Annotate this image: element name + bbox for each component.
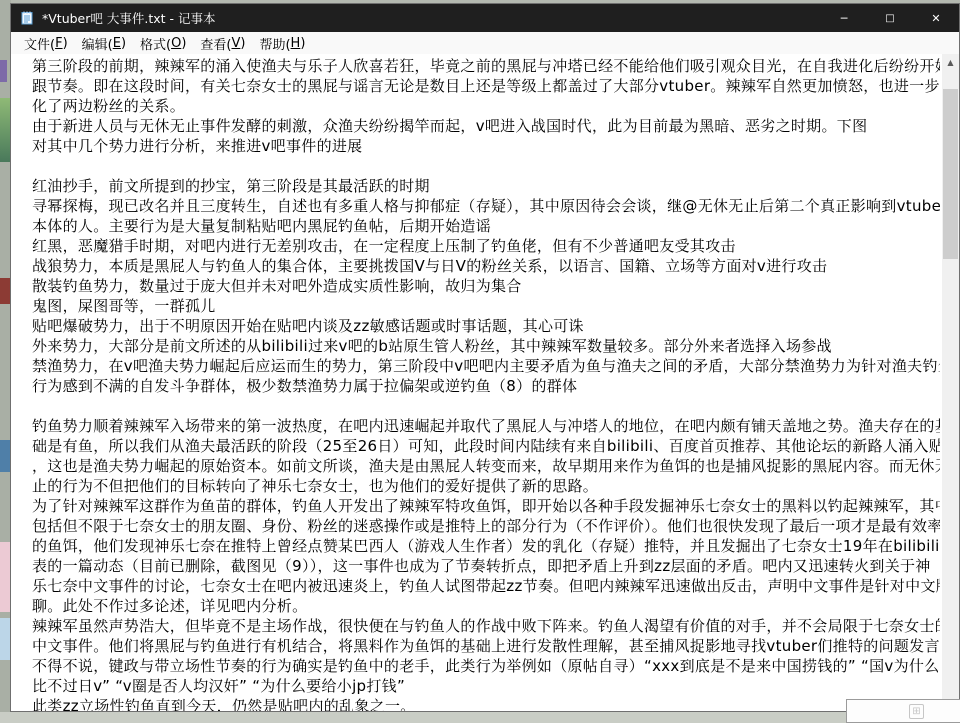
notepad-window: *Vtuber吧 大事件.txt - 记事本 ─ □ ✕ 文件(F)编辑(E)格…: [10, 3, 960, 712]
text-line: 禁渔势力，在v吧渔夫势力崛起后应运而生的势力，第三阶段中v吧吧内主要矛盾为鱼与渔…: [32, 356, 940, 376]
menu-item-label: 编辑(: [82, 34, 113, 53]
close-button[interactable]: ✕: [913, 4, 959, 32]
text-line: 行为感到不满的自发斗争群体，极少数禁渔势力属于拉偏架或逆钓鱼（8）的群体: [32, 376, 940, 396]
text-line: 表的一篇动态（目前已删除，截图见（9）），这一事件也成为了节奏转折点，即把矛盾上…: [32, 556, 940, 576]
desktop-icon-fragment: [0, 60, 7, 82]
desktop-background-bottom: [0, 712, 960, 723]
menu-item-format[interactable]: 格式(O): [133, 32, 193, 54]
menu-item-label: V: [231, 36, 240, 51]
text-line: 本体的人。主要行为是大量复制粘贴吧内黑屁钓鱼帖，后期开始造谣: [32, 216, 940, 236]
text-line: [32, 156, 940, 176]
text-line: 贴吧爆破势力，出于不明原因开始在贴吧内谈及zz敏感话题或时事话题，其心可诛: [32, 316, 940, 336]
notepad-icon: [19, 10, 35, 26]
grid-icon[interactable]: ⊞: [909, 704, 924, 719]
text-line: 中文事件。他们将黑屁与钓鱼进行有机结合，将黑料作为鱼饵的基础上进行发散性理解，甚…: [32, 636, 940, 656]
menu-item-help[interactable]: 帮助(H): [252, 32, 312, 54]
text-line: 由于新进人员与无休无止事件发酵的刺激，众渔夫纷纷揭竿而起，v吧进入战国时代，此为…: [32, 116, 940, 136]
chevron-up-icon: ▲: [947, 58, 953, 67]
maximize-button[interactable]: □: [867, 4, 913, 32]
text-line: 乐七奈中文事件的讨论，七奈女士在吧内被迅速炎上，钓鱼人试图带起zz节奏。但吧内辣…: [32, 576, 940, 596]
window-controls: ─ □ ✕: [821, 4, 959, 32]
menu-item-label: ): [240, 36, 245, 51]
window-title: *Vtuber吧 大事件.txt - 记事本: [42, 9, 216, 27]
text-line: 第三阶段的前期，辣辣军的涌入使渔夫与乐子人欣喜若狂，毕竟之前的黑屁与冲塔已经不能…: [32, 56, 940, 76]
minimize-icon: ─: [841, 12, 848, 25]
vertical-scrollbar[interactable]: ▲ ▼: [942, 54, 959, 711]
text-line: 战狼势力，本质是黑屁人与钓鱼人的集合体，主要挑拨国V与日V的粉丝关系，以语言、国…: [32, 256, 940, 276]
text-line: 散装钓鱼势力，数量过于庞大但并未对吧外造成实质性影响，故归为集合: [32, 276, 940, 296]
text-line: 鬼图，屎图哥等，一群孤儿: [32, 296, 940, 316]
menu-item-label: F: [55, 36, 62, 51]
background-panel: ⊞: [846, 699, 960, 723]
text-line: 不得不说，键政与带立场性节奏的行为确实是钓鱼中的老手，此类行为举例如（原帖自寻）…: [32, 656, 940, 676]
text-lines: 第三阶段的前期，辣辣军的涌入使渔夫与乐子人欣喜若狂，毕竟之前的黑屁与冲塔已经不能…: [32, 56, 940, 711]
text-line: 聊。此处不作过多论述，详见吧内分析。: [32, 596, 940, 616]
menu-item-label: E: [113, 36, 121, 51]
menu-item-label: H: [291, 36, 301, 51]
text-line: 础是有鱼，所以我们从渔夫最活跃的阶段（25至26日）可知，此段时间内陆续有来自b…: [32, 436, 940, 456]
text-line: 的鱼饵，他们发现神乐七奈在推特上曾经点赞某巴西人（游戏人生作者）发的乳化（存疑）…: [32, 536, 940, 556]
text-line: 此类zz立场性钓鱼直到今天，仍然是贴吧内的乱象之一。: [32, 696, 940, 711]
text-line: 红黑，恶魔猎手时期，对吧内进行无差别攻击，在一定程度上压制了钓鱼佬，但有不少普通…: [32, 236, 940, 256]
text-line: 为了针对辣辣军这群作为鱼苗的群体，钓鱼人开发出了辣辣军特攻鱼饵，即开始以各种手段…: [32, 496, 940, 516]
maximize-icon: □: [885, 13, 894, 24]
menu-item-label: ): [300, 36, 305, 51]
menu-item-label: 格式(: [140, 34, 171, 53]
text-area[interactable]: 第三阶段的前期，辣辣军的涌入使渔夫与乐子人欣喜若狂，毕竟之前的黑屁与冲塔已经不能…: [11, 54, 959, 711]
menu-bar: 文件(F)编辑(E)格式(O)查看(V)帮助(H): [11, 32, 959, 54]
menu-item-file[interactable]: 文件(F): [17, 32, 75, 54]
text-line: 辣辣军虽然声势浩大，但毕竟不是主场作战，很快便在与钓鱼人的作战中败下阵来。钓鱼人…: [32, 616, 940, 636]
scrollbar-track[interactable]: [942, 71, 959, 694]
menu-item-label: O: [171, 36, 181, 51]
scroll-up-button[interactable]: ▲: [942, 54, 959, 71]
text-line: [32, 396, 940, 416]
menu-item-view[interactable]: 查看(V): [193, 32, 252, 54]
text-line: 钓鱼势力顺着辣辣军入场带来的第一波热度，在吧内迅速崛起并取代了黑屁人与冲塔人的地…: [32, 416, 940, 436]
text-line: 对其中几个势力进行分析，来推进v吧事件的进展: [32, 136, 940, 156]
menu-item-label: ): [63, 36, 68, 51]
menu-item-label: 查看(: [200, 34, 231, 53]
text-line: 化了两边粉丝的关系。: [32, 96, 940, 116]
text-line: 比不过日v” “v圈是否人均汉奸” “为什么要给小jp打钱”: [32, 676, 940, 696]
text-line: 跟节奏。即在这段时间，有关七奈女士的黑屁与谣言无论是数目上还是等级上都盖过了大部…: [32, 76, 940, 96]
text-line: 止的行为不但把他们的目标转向了神乐七奈女士，也为他们的爱好提供了新的思路。: [32, 476, 940, 496]
text-line: 包括但不限于七奈女士的朋友圈、身份、粉丝的迷惑操作或是推特上的部分行为（不作评价…: [32, 516, 940, 536]
menu-item-label: 帮助(: [259, 34, 290, 53]
menu-item-label: ): [121, 36, 126, 51]
menu-item-label: 文件(: [24, 34, 55, 53]
text-line: 红油抄手，前文所提到的抄宝，第三阶段是其最活跃的时期: [32, 176, 940, 196]
close-icon: ✕: [931, 12, 940, 25]
menu-item-label: ): [181, 36, 186, 51]
text-line: 寻幂探梅，现已改名并且三度转生，自述也有多重人格与抑郁症（存疑），其中原因待会会…: [32, 196, 940, 216]
menu-item-edit[interactable]: 编辑(E): [75, 32, 133, 54]
title-bar: *Vtuber吧 大事件.txt - 记事本 ─ □ ✕: [11, 4, 959, 32]
text-line: ，这也是渔夫势力崛起的原始资本。如前文所谈，渔夫是由黑屁人转变而来，故早期用来作…: [32, 456, 940, 476]
minimize-button[interactable]: ─: [821, 4, 867, 32]
text-line: 外来势力，大部分是前文所述的从bilibili过来v吧的b站原生管人粉丝，其中辣…: [32, 336, 940, 356]
scrollbar-thumb[interactable]: [943, 89, 958, 259]
